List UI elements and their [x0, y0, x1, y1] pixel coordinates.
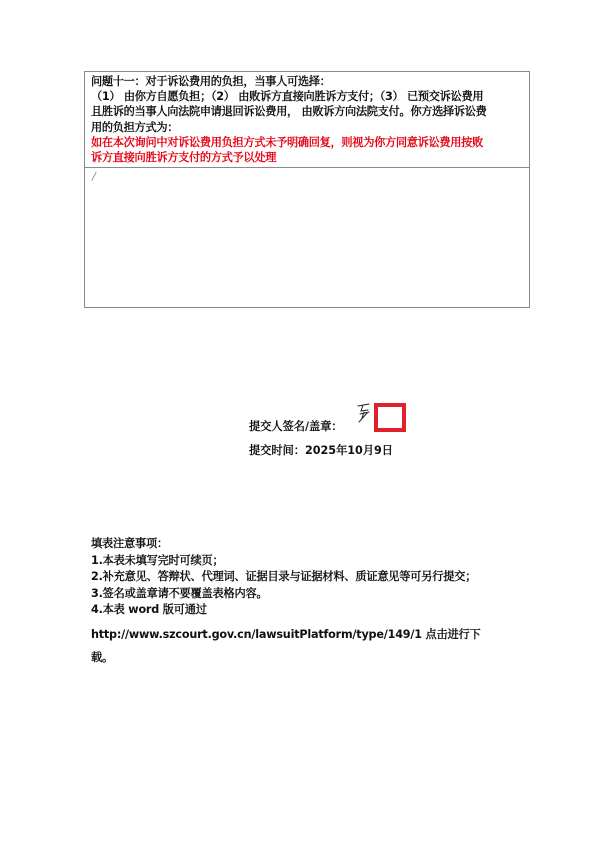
- question-options-line-3: 用的负担方式为：: [91, 120, 524, 135]
- question-warning-line-2: 诉方直接向胜诉方支付的方式予以处理: [91, 150, 524, 165]
- notes-tail: 载。: [91, 650, 480, 667]
- question-options-line-1: （1） 由你方自愿负担；（2） 由败诉方直接向胜诉方支付；（3） 已预交诉讼费用: [91, 89, 524, 104]
- notes-heading: 填表注意事项：: [91, 536, 480, 553]
- question-options-line-2: 且胜诉的当事人向法院申请退回诉讼费用， 由败诉方向法院支付。你方选择诉讼费: [91, 104, 524, 119]
- note-item-4: 4.本表 word 版可通过: [91, 602, 480, 619]
- answer-text: /: [92, 170, 96, 183]
- question-warning-line-1: 如在本次询问中对诉讼费用负担方式未予明确回复，则视为你方同意诉讼费用按败: [91, 135, 524, 150]
- question-title: 问题十一：对于诉讼费用的负担，当事人可选择：: [91, 74, 524, 89]
- signature-label: 提交人签名/盖章：: [249, 420, 343, 434]
- answer-cell[interactable]: /: [85, 168, 529, 307]
- handwritten-signature-icon: [355, 402, 373, 424]
- note-item-2: 2.补充意见、答辩状、代理词、证据目录与证据材料、质证意见等可另行提交；: [91, 569, 480, 586]
- note-item-3: 3.签名或盖章请不要覆盖表格内容。: [91, 586, 480, 603]
- question-eleven-table: 问题十一：对于诉讼费用的负担，当事人可选择： （1） 由你方自愿负担；（2） 由…: [84, 71, 530, 308]
- submit-time: 提交时间：2025年10月9日: [249, 444, 393, 458]
- form-notes: 填表注意事项： 1.本表未填写完时可续页； 2.补充意见、答辩状、代理词、证据目…: [91, 536, 480, 666]
- question-header-cell: 问题十一：对于诉讼费用的负担，当事人可选择： （1） 由你方自愿负担；（2） 由…: [85, 72, 529, 168]
- red-stamp-box: [374, 403, 406, 432]
- note-item-1: 1.本表未填写完时可续页；: [91, 553, 480, 570]
- download-url[interactable]: http://www.szcourt.gov.cn/lawsuitPlatfor…: [91, 627, 480, 644]
